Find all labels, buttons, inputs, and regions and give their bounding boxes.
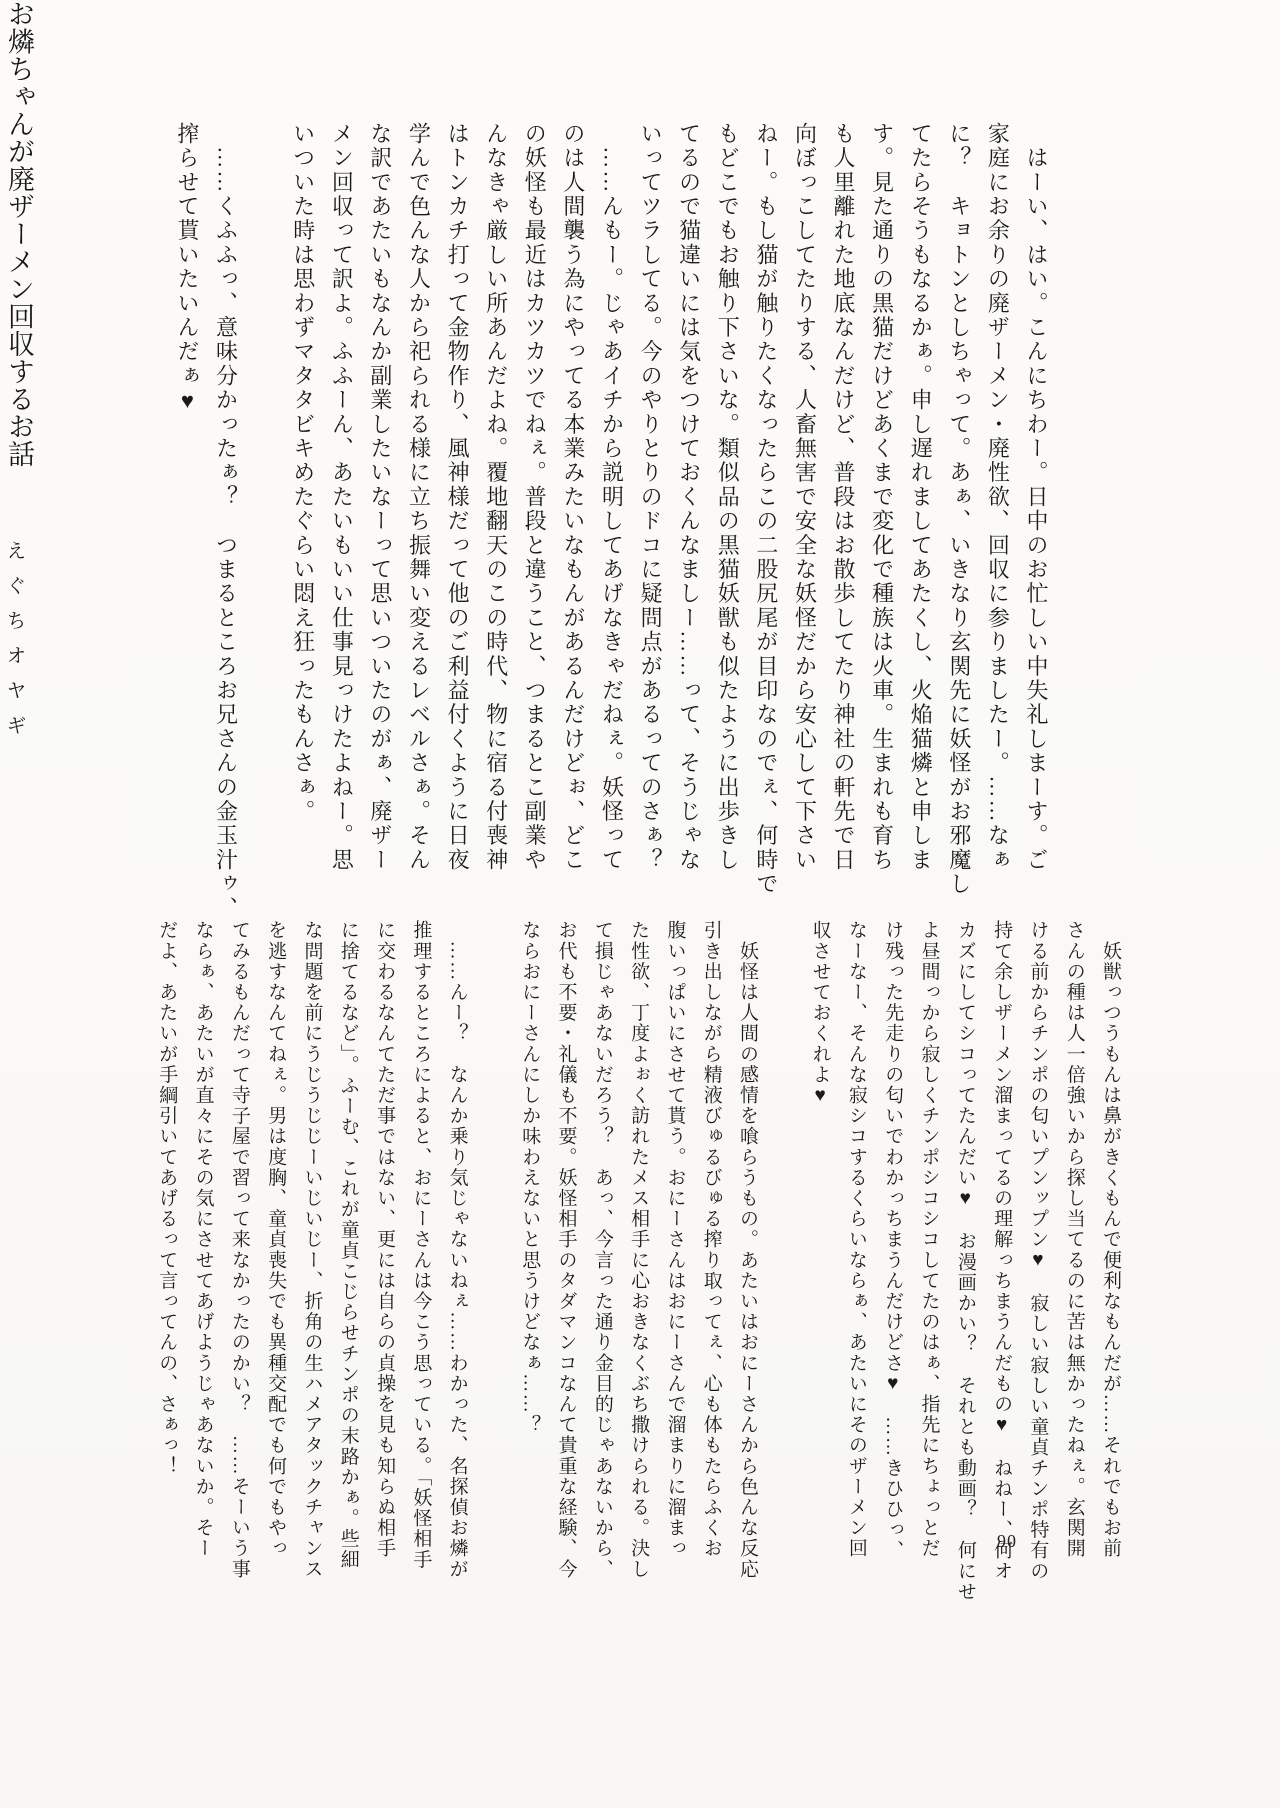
page-title: お燐ちゃんが廃ザーメン回収するお話: [0, 0, 39, 540]
text-column: ならおにーさんにしか味わえないと思うけどなぁ……？: [511, 920, 547, 1570]
text-column: てるので猫違いには気をつけておくんなましー……って、そうじゃな: [669, 122, 708, 874]
text-column: なーなー、そんな寂シコするくらいならぁ、あたいにそのザーメン回: [838, 920, 874, 1570]
text-column: ……んもー。じゃあイチから説明してあげなきゃだねぇ。妖怪って: [592, 122, 631, 874]
text-column: を逃すなんてねぇ。男は度胸、童貞喪失でも異種交配でも何でもやっ: [257, 920, 293, 1570]
text-column: ける前からチンポの匂いプンップン♥ 寂しい寂しい童貞チンポ特有の: [1019, 920, 1055, 1570]
text-column: の妖怪も最近はカツカツでねぇ。普段と違うこと、つまるとこ副業や: [515, 122, 554, 874]
bottom-text-block: 妖獣っつうもんは鼻がきくもんで便利なもんだが……それでもお前さんの種は人一倍強い…: [147, 920, 1128, 1570]
author-name: えぐちオヤギ: [0, 540, 29, 800]
text-column: メン回収って訳よ。ふふーん、あたいもいい仕事見っけたよねー。思: [322, 122, 361, 874]
text-column: てたらそうもなるかぁ。申し遅れましてあたくし、火焔猫燐と申しま: [901, 122, 940, 874]
text-column: 向ぼっこしてたりする、人畜無害で安全な妖怪だから安心して下さい: [785, 122, 824, 874]
page-number: 90: [997, 1531, 1017, 1552]
text-column: す。見た通りの黒猫だけどあくまで変化で種族は火車。生まれも育ち: [862, 122, 901, 874]
text-column: ……んー？ なんか乗り気じゃないねぇ……わかった、名探偵お燐が: [438, 920, 474, 1570]
text-column: さんの種は人一倍強いから探し当てるのに苦は無かったねぇ。玄関開: [1055, 920, 1091, 1570]
text-column: いついた時は思わずマタタビキめたぐらい悶え狂ったもんさぁ。: [283, 122, 322, 874]
text-column: 学んで色んな人から祀られる様に立ち振舞い変えるレベルさぁ。そん: [399, 122, 438, 874]
blank-column: [475, 920, 511, 1570]
text-column: に捨てるなど」。ふーむ、これが童貞こじらせチンポの末路かぁ。些細: [329, 920, 365, 1570]
text-column: 推理するところによると、おにーさんは今こう思っている。「妖怪相手: [402, 920, 438, 1570]
top-text-block: はーい、はい。こんにちわー。日中のお忙しい中失礼しまーす。ご家庭にお余りの廃ザー…: [166, 122, 1055, 874]
text-column: に交わるなんてただ事ではない、更には自らの貞操を見も知らぬ相手: [366, 920, 402, 1570]
text-column: よ昼間っから寂しくチンポシコシコしてたのはぁ、指先にちょっとだ: [910, 920, 946, 1570]
text-column: 家庭にお余りの廃ザーメン・廃性欲、回収に参りましたー。……なぁ: [978, 122, 1017, 874]
text-column: も人里離れた地底なんだけど、普段はお散歩してたり神社の軒先で日: [823, 122, 862, 874]
text-column: いってツラしてる。今のやりとりのドコに疑問点があるってのさぁ？: [630, 122, 669, 874]
text-column: お代も不要・礼儀も不要。妖怪相手のタダマンコなんて貴重な経験、今: [547, 920, 583, 1570]
text-column: 引き出しながら精液びゅるびゅる搾り取ってぇ、心も体もたらふくお: [692, 920, 728, 1570]
text-column: カズにしてシコってたんだい♥ お漫画かい？ それとも動画？ 何にせ: [947, 920, 983, 1570]
text-column: 腹いっぱいにさせて貰う。おにーさんはおにーさんで溜まりに溜まっ: [656, 920, 692, 1570]
text-column: な訳であたいもなんか副業したいなーって思いついたのがぁ、廃ザー: [360, 122, 399, 874]
text-column: 収させておくれよ♥: [801, 920, 837, 1570]
text-column: はーい、はい。こんにちわー。日中のお忙しい中失礼しまーす。ご: [1016, 122, 1055, 874]
scanned-document-page: お燐ちゃんが廃ザーメン回収するお話 えぐちオヤギ はーい、はい。こんにちわー。日…: [0, 0, 1280, 1808]
text-column: て損じゃあないだろう？ あっ、今言った通り金目的じゃあないから、: [584, 920, 620, 1570]
text-column: な問題を前にうじうじじーいじいじー、折角の生ハメアタックチャンス: [293, 920, 329, 1570]
blank-column: [765, 920, 801, 1570]
text-column: はトンカチ打って金物作り、風神様だって他のご利益付くように日夜: [438, 122, 477, 874]
text-column: 持て余しザーメン溜まってるの理解っちまうんだもの♥ ねねー、何オ: [983, 920, 1019, 1570]
text-column: け残った先走りの匂いでわかっちまうんだけどさ♥ ……きひひっ、: [874, 920, 910, 1570]
text-column: た性欲、丁度よぉく訪れたメス相手に心おきなくぶち撒けられる。決し: [620, 920, 656, 1570]
text-column: 妖怪は人間の感情を喰らうもの。あたいはおにーさんから色んな反応: [729, 920, 765, 1570]
text-column: のは人間襲う為にやってる本業みたいなもんがあるんだけどぉ、どこ: [553, 122, 592, 874]
text-column: 搾らせて貰いたいんだぁ♥: [167, 122, 206, 874]
text-column: に？ キョトンとしちゃって。あぁ、いきなり玄関先に妖怪がお邪魔し: [939, 122, 978, 874]
text-column: ねー。もし猫が触りたくなったらこの二股尻尾が目印なのでぇ、何時で: [746, 122, 785, 874]
text-column: ならぁ、あたいが直々にその気にさせてあげようじゃあないか。そー: [184, 920, 220, 1570]
text-column: だよ、あたいが手綱引いてあげるって言ってんの、さぁっ！: [148, 920, 184, 1570]
text-column: てみるもんだって寺子屋で習って来なかったのかい？ ……そーいう事: [221, 920, 257, 1570]
text-column: もどこでもお触り下さいな。類似品の黒猫妖獣も似たように出歩きし: [708, 122, 747, 874]
blank-column: [245, 122, 284, 874]
text-column: ……くふふっ、意味分かったぁ？ つまるところお兄さんの金玉汁ゥ、: [206, 122, 245, 874]
text-column: んなきゃ厳しい所あんだよね。覆地翻天のこの時代、物に宿る付喪神: [476, 122, 515, 874]
text-column: 妖獣っつうもんは鼻がきくもんで便利なもんだが……それでもお前: [1092, 920, 1128, 1570]
